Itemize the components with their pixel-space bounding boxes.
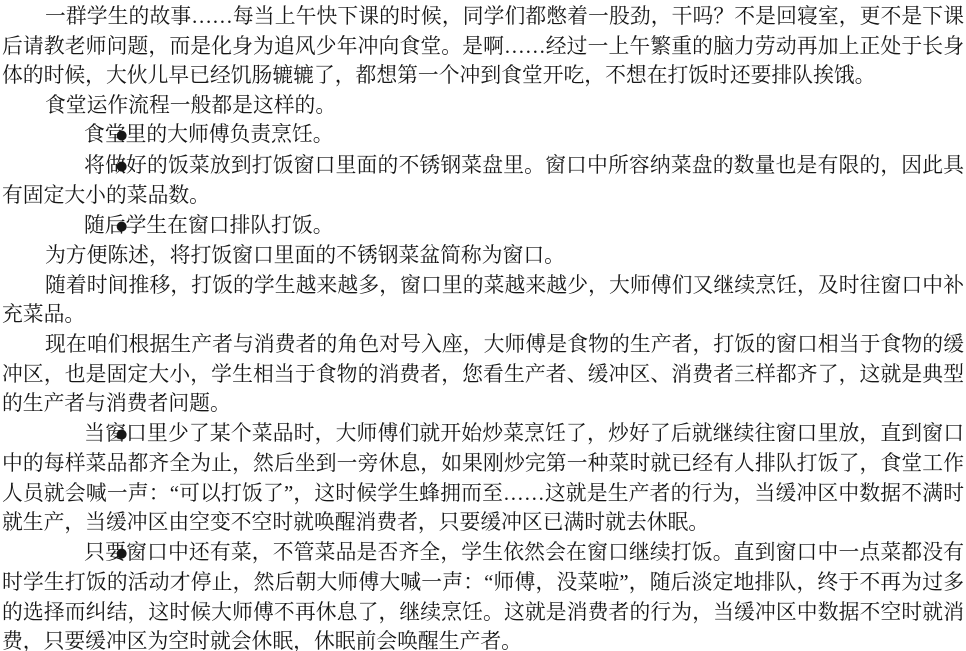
paragraph-text: 随后学生在窗口排队打饭。 bbox=[84, 214, 334, 237]
document-page: { "page": { "background": "#ffffff", "te… bbox=[0, 0, 966, 651]
bullet-list-item: ●将做好的饭菜放到打饭窗口里面的不锈钢菜盘里。窗口中所容纳菜盘的数量也是有限的，… bbox=[2, 151, 964, 211]
paragraph: 食堂运作流程一般都是这样的。 bbox=[2, 91, 964, 121]
bullet-list-item: ●随后学生在窗口排队打饭。 bbox=[2, 211, 964, 242]
paragraph-text: 只要窗口中还有菜，不管菜品是否齐全，学生依然会在窗口继续打饭。直到窗口中一点菜都… bbox=[2, 541, 964, 651]
paragraph-text: 现在咱们根据生产者与消费者的角色对号入座，大师傅是食物的生产者，打饭的窗口相当于… bbox=[2, 333, 964, 415]
page-canvas: 一群学生的故事……每当上午快下课的时候，同学们都憋着一股劲，干吗？不是回寝室，更… bbox=[0, 0, 966, 651]
paragraph: 为方便陈述，将打饭窗口里面的不锈钢菜盆简称为窗口。 bbox=[2, 241, 964, 271]
paragraph-text: 当窗口里少了某个菜品时，大师傅们就开始炒菜烹饪了，炒好了后就继续往窗口里放，直到… bbox=[2, 422, 964, 535]
paragraph-text: 将做好的饭菜放到打饭窗口里面的不锈钢菜盘里。窗口中所容纳菜盘的数量也是有限的，因… bbox=[2, 154, 964, 208]
paragraph: 一群学生的故事……每当上午快下课的时候，同学们都憋着一股劲，干吗？不是回寝室，更… bbox=[2, 2, 964, 91]
paragraph-text: 食堂里的大师傅负责烹饪。 bbox=[84, 123, 334, 146]
bullet-icon: ● bbox=[59, 539, 84, 569]
paragraph-text: 一群学生的故事……每当上午快下课的时候，同学们都憋着一股劲，干吗？不是回寝室，更… bbox=[2, 5, 964, 87]
document-body: 一群学生的故事……每当上午快下课的时候，同学们都憋着一股劲，干吗？不是回寝室，更… bbox=[2, 2, 964, 651]
bullet-list-item: ●只要窗口中还有菜，不管菜品是否齐全，学生依然会在窗口继续打饭。直到窗口中一点菜… bbox=[2, 538, 964, 651]
paragraph-text: 随着时间推移，打饭的学生越来越多，窗口里的菜越来越少，大师傅们又继续烹饪，及时往… bbox=[2, 274, 964, 327]
paragraph-text: 为方便陈述，将打饭窗口里面的不锈钢菜盆简称为窗口。 bbox=[45, 244, 565, 267]
bullet-icon: ● bbox=[59, 121, 84, 151]
bullet-icon: ● bbox=[59, 152, 84, 182]
bullet-icon: ● bbox=[59, 212, 84, 242]
bullet-list-item: ●当窗口里少了某个菜品时，大师傅们就开始炒菜烹饪了，炒好了后就继续往窗口里放，直… bbox=[2, 419, 964, 538]
bullet-list-item: ●食堂里的大师傅负责烹饪。 bbox=[2, 120, 964, 151]
paragraph: 现在咱们根据生产者与消费者的角色对号入座，大师傅是食物的生产者，打饭的窗口相当于… bbox=[2, 330, 964, 419]
bullet-icon: ● bbox=[59, 420, 84, 450]
paragraph-text: 食堂运作流程一般都是这样的。 bbox=[45, 94, 336, 117]
paragraph: 随着时间推移，打饭的学生越来越多，窗口里的菜越来越少，大师傅们又继续烹饪，及时往… bbox=[2, 271, 964, 330]
